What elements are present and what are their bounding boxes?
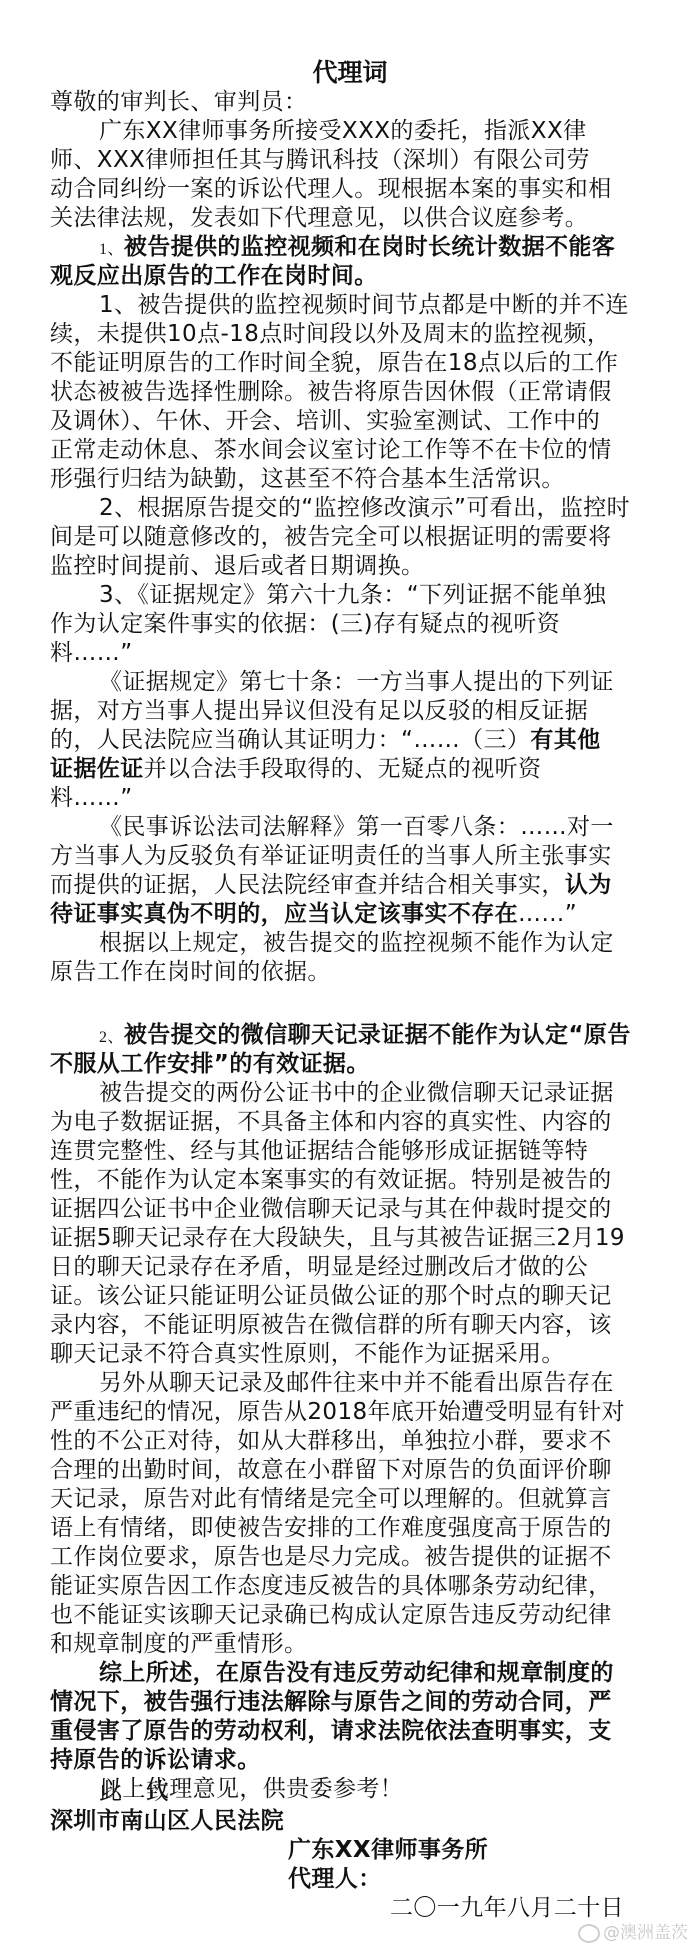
text-segment: 关法律法规，发表如下代理意见，以供合议庭参考。 [50, 205, 588, 231]
text-segment: 2、根据原告提交的“监控修改演示”可看出，监控时 [99, 495, 630, 521]
text-line: 严重违纪的情况，原告从2018年底开始遭受明显有针对 [50, 1398, 640, 1427]
text-segment: 工作岗位要求，原告也是尽力完成。被告提供的证据不 [50, 1544, 612, 1570]
text-line: 为电子数据证据，不具备主体和内容的真实性、内容的 [50, 1108, 640, 1137]
text-line: 间是可以随意修改的，被告完全可以根据证明的需要将 [50, 523, 640, 552]
text-line: 被告提交的两份公证书中的企业微信聊天记录证据 [50, 1079, 640, 1108]
text-segment: 的，人民法院应当确认其证明力：“……（三） [50, 727, 530, 753]
text-line: 3、《证据规定》第六十九条：“下列证据不能单独 [50, 581, 640, 610]
text-line: 连贯完整性、经与其他证据结合能够形成证据链等特 [50, 1137, 640, 1166]
bold-text: 情况下，被告强行违法解除与原告之间的劳动合同，严 [50, 1689, 612, 1715]
paragraph-intro: 广东XX律师事务所接受XXX的委托，指派XX律师、XXX律师担任其与腾讯科技（深… [50, 117, 640, 233]
text-segment: 能证实原告因工作态度违反被告的具体哪条劳动纪律， [50, 1573, 612, 1599]
text-line: 综上所述，在原告没有违反劳动纪律和规章制度的 [50, 1659, 640, 1688]
text-segment: 而提供的证据，人民法院经审查并结合相关事实， [50, 872, 565, 898]
weibo-logo-icon [578, 1924, 600, 1943]
watermark: @澳洲盖茨 [578, 1918, 688, 1943]
text-segment: 原告工作在岗时间的依据。 [50, 959, 331, 985]
text-line: 日的聊天记录存在矛盾，明显是经过删改后才做的公 [50, 1253, 640, 1282]
text-line: 证据5聊天记录存在大段缺失，且与其被告证据三2月19 [50, 1224, 640, 1253]
text-segment: 严重违纪的情况，原告从2018年底开始遭受明显有针对 [50, 1399, 625, 1425]
text-line: 师、XXX律师担任其与腾讯科技（深圳）有限公司劳 [50, 146, 640, 175]
text-segment: 为电子数据证据，不具备主体和内容的真实性、内容的 [50, 1109, 612, 1135]
text-line: 续，未提供10点-18点时间段以外及周末的监控视频， [50, 320, 640, 349]
bold-text: 持原告的诉讼请求。 [50, 1747, 261, 1773]
text-segment: 据，对方当事人提出异议但没有足以反驳的相反证据 [50, 698, 588, 724]
law-firm-name: 广东XX律师事务所 [288, 1836, 488, 1865]
text-line: 也不能证实该聊天记录确已构成认定原告违反劳动纪律 [50, 1601, 640, 1630]
paragraph-rule-108: 《民事诉讼法司法解释》第一百零八条：……对一方当事人为反驳负有举证证明责任的当事… [50, 813, 640, 929]
text-line: 料……” [50, 784, 640, 813]
item-number: 2、 [99, 1029, 124, 1046]
text-segment: 被告提交的两份公证书中的企业微信聊天记录证据 [99, 1080, 614, 1106]
text-segment: 性的不公正对待，如从大群移出，单独拉小群，要求不 [50, 1428, 612, 1454]
text-line: 根据以上规定，被告提交的监控视频不能作为认定 [50, 929, 640, 958]
text-line: 关法律法规，发表如下代理意见，以供合议庭参考。 [50, 204, 640, 233]
text-line: 正常走动休息、茶水间会议室讨论工作等不在卡位的情 [50, 436, 640, 465]
text-segment: 连贯完整性、经与其他证据结合能够形成证据链等特 [50, 1138, 588, 1164]
text-segment: 方当事人为反驳负有举证证明责任的当事人所主张事实 [50, 843, 612, 869]
section-spacer [50, 987, 640, 1021]
text-line: 2、根据原告提交的“监控修改演示”可看出，监控时 [50, 494, 640, 523]
text-line: 合理的出勤时间，故意在小群留下对原告的负面评价聊 [50, 1456, 640, 1485]
paragraph-heading-2: 2、被告提交的微信聊天记录证据不能作为认定“原告不服从工作安排”的有效证据。 [50, 1021, 640, 1079]
bold-text: 被告提供的监控视频和在岗时长统计数据不能客 [124, 234, 615, 260]
bold-text: 重侵害了原告的劳动权利，请求法院依法查明事实，支 [50, 1718, 612, 1744]
text-line: 而提供的证据，人民法院经审查并结合相关事实，认为 [50, 871, 640, 900]
closing-salute: 此 致 [50, 1778, 169, 1807]
text-line: 1、被告提供的监控视频时间节点都是中断的并不连 [50, 291, 640, 320]
item-number: 1、 [99, 241, 124, 258]
text-line: 作为认定案件事实的依据：(三)存有疑点的视听资 [50, 610, 640, 639]
bold-text: 认为 [565, 872, 612, 898]
paragraph-point-1-1: 1、被告提供的监控视频时间节点都是中断的并不连续，未提供10点-18点时间段以外… [50, 291, 640, 494]
text-line: 聊天记录不符合真实性原则，不能作为证据采用。 [50, 1340, 640, 1369]
text-line: 《民事诉讼法司法解释》第一百零八条：……对一 [50, 813, 640, 842]
salutation: 尊敬的审判长、审判员： [50, 88, 640, 117]
text-line: 的，人民法院应当确认其证明力：“……（三）有其他 [50, 726, 640, 755]
text-line: 监控时间提前、退后或者日期调换。 [50, 552, 640, 581]
text-segment: 料……” [50, 785, 133, 811]
text-segment: 续，未提供10点-18点时间段以外及周末的监控视频， [50, 321, 610, 347]
text-line: 《证据规定》第七十条：一方当事人提出的下列证 [50, 668, 640, 697]
text-line: 观反应出原告的工作在岗时间。 [50, 262, 640, 291]
text-line: 据，对方当事人提出异议但没有足以反驳的相反证据 [50, 697, 640, 726]
agent-label: 代理人： [288, 1865, 382, 1894]
text-line: 不服从工作安排”的有效证据。 [50, 1050, 640, 1079]
document-title: 代理词 [0, 58, 700, 88]
bold-text: 不服从工作安排”的有效证据。 [50, 1051, 370, 1077]
text-line: 性，不能作为认定本案事实的有效证据。特别是被告的 [50, 1166, 640, 1195]
paragraph-point-2-1: 被告提交的两份公证书中的企业微信聊天记录证据为电子数据证据，不具备主体和内容的真… [50, 1079, 640, 1369]
paragraph-rule-70: 《证据规定》第七十条：一方当事人提出的下列证据，对方当事人提出异议但没有足以反驳… [50, 668, 640, 813]
text-line: 性的不公正对待，如从大群移出，单独拉小群，要求不 [50, 1427, 640, 1456]
text-segment: 间是可以随意修改的，被告完全可以根据证明的需要将 [50, 524, 612, 550]
text-segment: 天记录，原告对此有情绪是完全可以理解的。但就算言 [50, 1486, 612, 1512]
text-segment: 《证据规定》第七十条：一方当事人提出的下列证 [99, 669, 614, 695]
text-line: 证据佐证并以合法手段取得的、无疑点的视听资 [50, 755, 640, 784]
text-segment: 及调休）、午休、开会、培训、实验室测试、工作中的 [50, 408, 600, 434]
text-segment: ……” [518, 901, 577, 927]
bold-text: 证据佐证 [50, 756, 144, 782]
text-line: 重侵害了原告的劳动权利，请求法院依法查明事实，支 [50, 1717, 640, 1746]
watermark-text: @澳洲盖茨 [603, 1923, 688, 1943]
text-segment: 状态被被告选择性删除。被告将原告因休假（正常请假 [50, 379, 612, 405]
paragraph-point-1-2: 2、根据原告提交的“监控修改演示”可看出，监控时间是可以随意修改的，被告完全可以… [50, 494, 640, 581]
text-line: 不能证明原告的工作时间全貌，原告在18点以后的工作 [50, 349, 640, 378]
text-segment: 证据四公证书中企业微信聊天记录与其在仲裁时提交的 [50, 1196, 612, 1222]
text-line: 和规章制度的严重情形。 [50, 1630, 640, 1659]
text-segment: 不能证明原告的工作时间全貌，原告在18点以后的工作 [50, 350, 618, 376]
text-segment: 料……” [50, 640, 133, 666]
text-segment: 1、被告提供的监控视频时间节点都是中断的并不连 [99, 292, 629, 318]
text-segment: 动合同纠纷一案的诉讼代理人。现根据本案的事实和相 [50, 176, 612, 202]
text-segment: 录内容，不能证明原被告在微信群的所有聊天内容，该 [50, 1312, 612, 1338]
text-line: 方当事人为反驳负有举证证明责任的当事人所主张事实 [50, 842, 640, 871]
text-segment: 证。该公证只能证明公证员做公证的那个时点的聊天记 [50, 1283, 612, 1309]
text-line: 状态被被告选择性删除。被告将原告因休假（正常请假 [50, 378, 640, 407]
text-line: 证据四公证书中企业微信聊天记录与其在仲裁时提交的 [50, 1195, 640, 1224]
text-segment: 和规章制度的严重情形。 [50, 1631, 307, 1657]
text-segment: 形强行归结为缺勤，这甚至不符合基本生活常识。 [50, 466, 565, 492]
text-segment: 广东XX律师事务所接受XXX的委托，指派XX律 [99, 118, 587, 144]
text-segment: 另外从聊天记录及邮件往来中并不能看出原告存在 [99, 1370, 614, 1396]
text-segment: 也不能证实该聊天记录确已构成认定原告违反劳动纪律 [50, 1602, 612, 1628]
text-segment: 3、《证据规定》第六十九条：“下列证据不能单独 [99, 582, 606, 608]
text-segment: 证据5聊天记录存在大段缺失，且与其被告证据三2月19 [50, 1225, 625, 1251]
text-line: 原告工作在岗时间的依据。 [50, 958, 640, 987]
document-page: 代理词 尊敬的审判长、审判员： 广东XX律师事务所接受XXX的委托，指派XX律师… [0, 0, 700, 1956]
text-line: 情况下，被告强行违法解除与原告之间的劳动合同，严 [50, 1688, 640, 1717]
bold-text: 待证事实真伪不明的，应当认定该事实不存在 [50, 901, 518, 927]
bold-text: 被告提交的微信聊天记录证据不能作为认定“原告 [124, 1022, 631, 1048]
paragraph-summary: 综上所述，在原告没有违反劳动纪律和规章制度的情况下，被告强行违法解除与原告之间的… [50, 1659, 640, 1775]
court-name: 深圳市南山区人民法院 [50, 1807, 284, 1836]
text-segment: 正常走动休息、茶水间会议室讨论工作等不在卡位的情 [50, 437, 612, 463]
text-line: 语上有情绪，即使被告安排的工作难度强度高于原告的 [50, 1514, 640, 1543]
paragraph-point-2-2: 另外从聊天记录及邮件往来中并不能看出原告存在严重违纪的情况，原告从2018年底开… [50, 1369, 640, 1659]
text-segment: 日的聊天记录存在矛盾，明显是经过删改后才做的公 [50, 1254, 588, 1280]
document-body: 尊敬的审判长、审判员： 广东XX律师事务所接受XXX的委托，指派XX律师、XXX… [50, 88, 640, 1804]
text-line: 工作岗位要求，原告也是尽力完成。被告提供的证据不 [50, 1543, 640, 1572]
text-line: 能证实原告因工作态度违反被告的具体哪条劳动纪律， [50, 1572, 640, 1601]
text-line: 广东XX律师事务所接受XXX的委托，指派XX律 [50, 117, 640, 146]
text-line: 1、被告提供的监控视频和在岗时长统计数据不能客 [50, 233, 640, 262]
text-line: 证。该公证只能证明公证员做公证的那个时点的聊天记 [50, 1282, 640, 1311]
text-line: 及调休）、午休、开会、培训、实验室测试、工作中的 [50, 407, 640, 436]
text-segment: 并以合法手段取得的、无疑点的视听资 [144, 756, 542, 782]
text-line: 天记录，原告对此有情绪是完全可以理解的。但就算言 [50, 1485, 640, 1514]
text-line: 2、被告提交的微信聊天记录证据不能作为认定“原告 [50, 1021, 640, 1050]
text-line: 录内容，不能证明原被告在微信群的所有聊天内容，该 [50, 1311, 640, 1340]
paragraph-heading-1: 1、被告提供的监控视频和在岗时长统计数据不能客观反应出原告的工作在岗时间。 [50, 233, 640, 291]
text-segment: 聊天记录不符合真实性原则，不能作为证据采用。 [50, 1341, 565, 1367]
text-line: 形强行归结为缺勤，这甚至不符合基本生活常识。 [50, 465, 640, 494]
text-line: 料……” [50, 639, 640, 668]
text-segment: 作为认定案件事实的依据：(三)存有疑点的视听资 [50, 611, 560, 637]
bold-text: 综上所述，在原告没有违反劳动纪律和规章制度的 [99, 1660, 614, 1686]
text-line: 另外从聊天记录及邮件往来中并不能看出原告存在 [50, 1369, 640, 1398]
text-line: 待证事实真伪不明的，应当认定该事实不存在……” [50, 900, 640, 929]
paragraph-conclusion-1: 根据以上规定，被告提交的监控视频不能作为认定原告工作在岗时间的依据。 [50, 929, 640, 987]
text-segment: 监控时间提前、退后或者日期调换。 [50, 553, 424, 579]
text-segment: 《民事诉讼法司法解释》第一百零八条：……对一 [99, 814, 614, 840]
text-line: 持原告的诉讼请求。 [50, 1746, 640, 1775]
paragraph-point-1-3: 3、《证据规定》第六十九条：“下列证据不能单独作为认定案件事实的依据：(三)存有… [50, 581, 640, 668]
bold-text: 观反应出原告的工作在岗时间。 [50, 263, 378, 289]
bold-text: 有其他 [530, 727, 600, 753]
text-segment: 性，不能作为认定本案事实的有效证据。特别是被告的 [50, 1167, 612, 1193]
text-segment: 师、XXX律师担任其与腾讯科技（深圳）有限公司劳 [50, 147, 590, 173]
text-segment: 合理的出勤时间，故意在小群留下对原告的负面评价聊 [50, 1457, 612, 1483]
text-segment: 语上有情绪，即使被告安排的工作难度强度高于原告的 [50, 1515, 612, 1541]
text-segment: 根据以上规定，被告提交的监控视频不能作为认定 [99, 930, 614, 956]
text-line: 动合同纠纷一案的诉讼代理人。现根据本案的事实和相 [50, 175, 640, 204]
